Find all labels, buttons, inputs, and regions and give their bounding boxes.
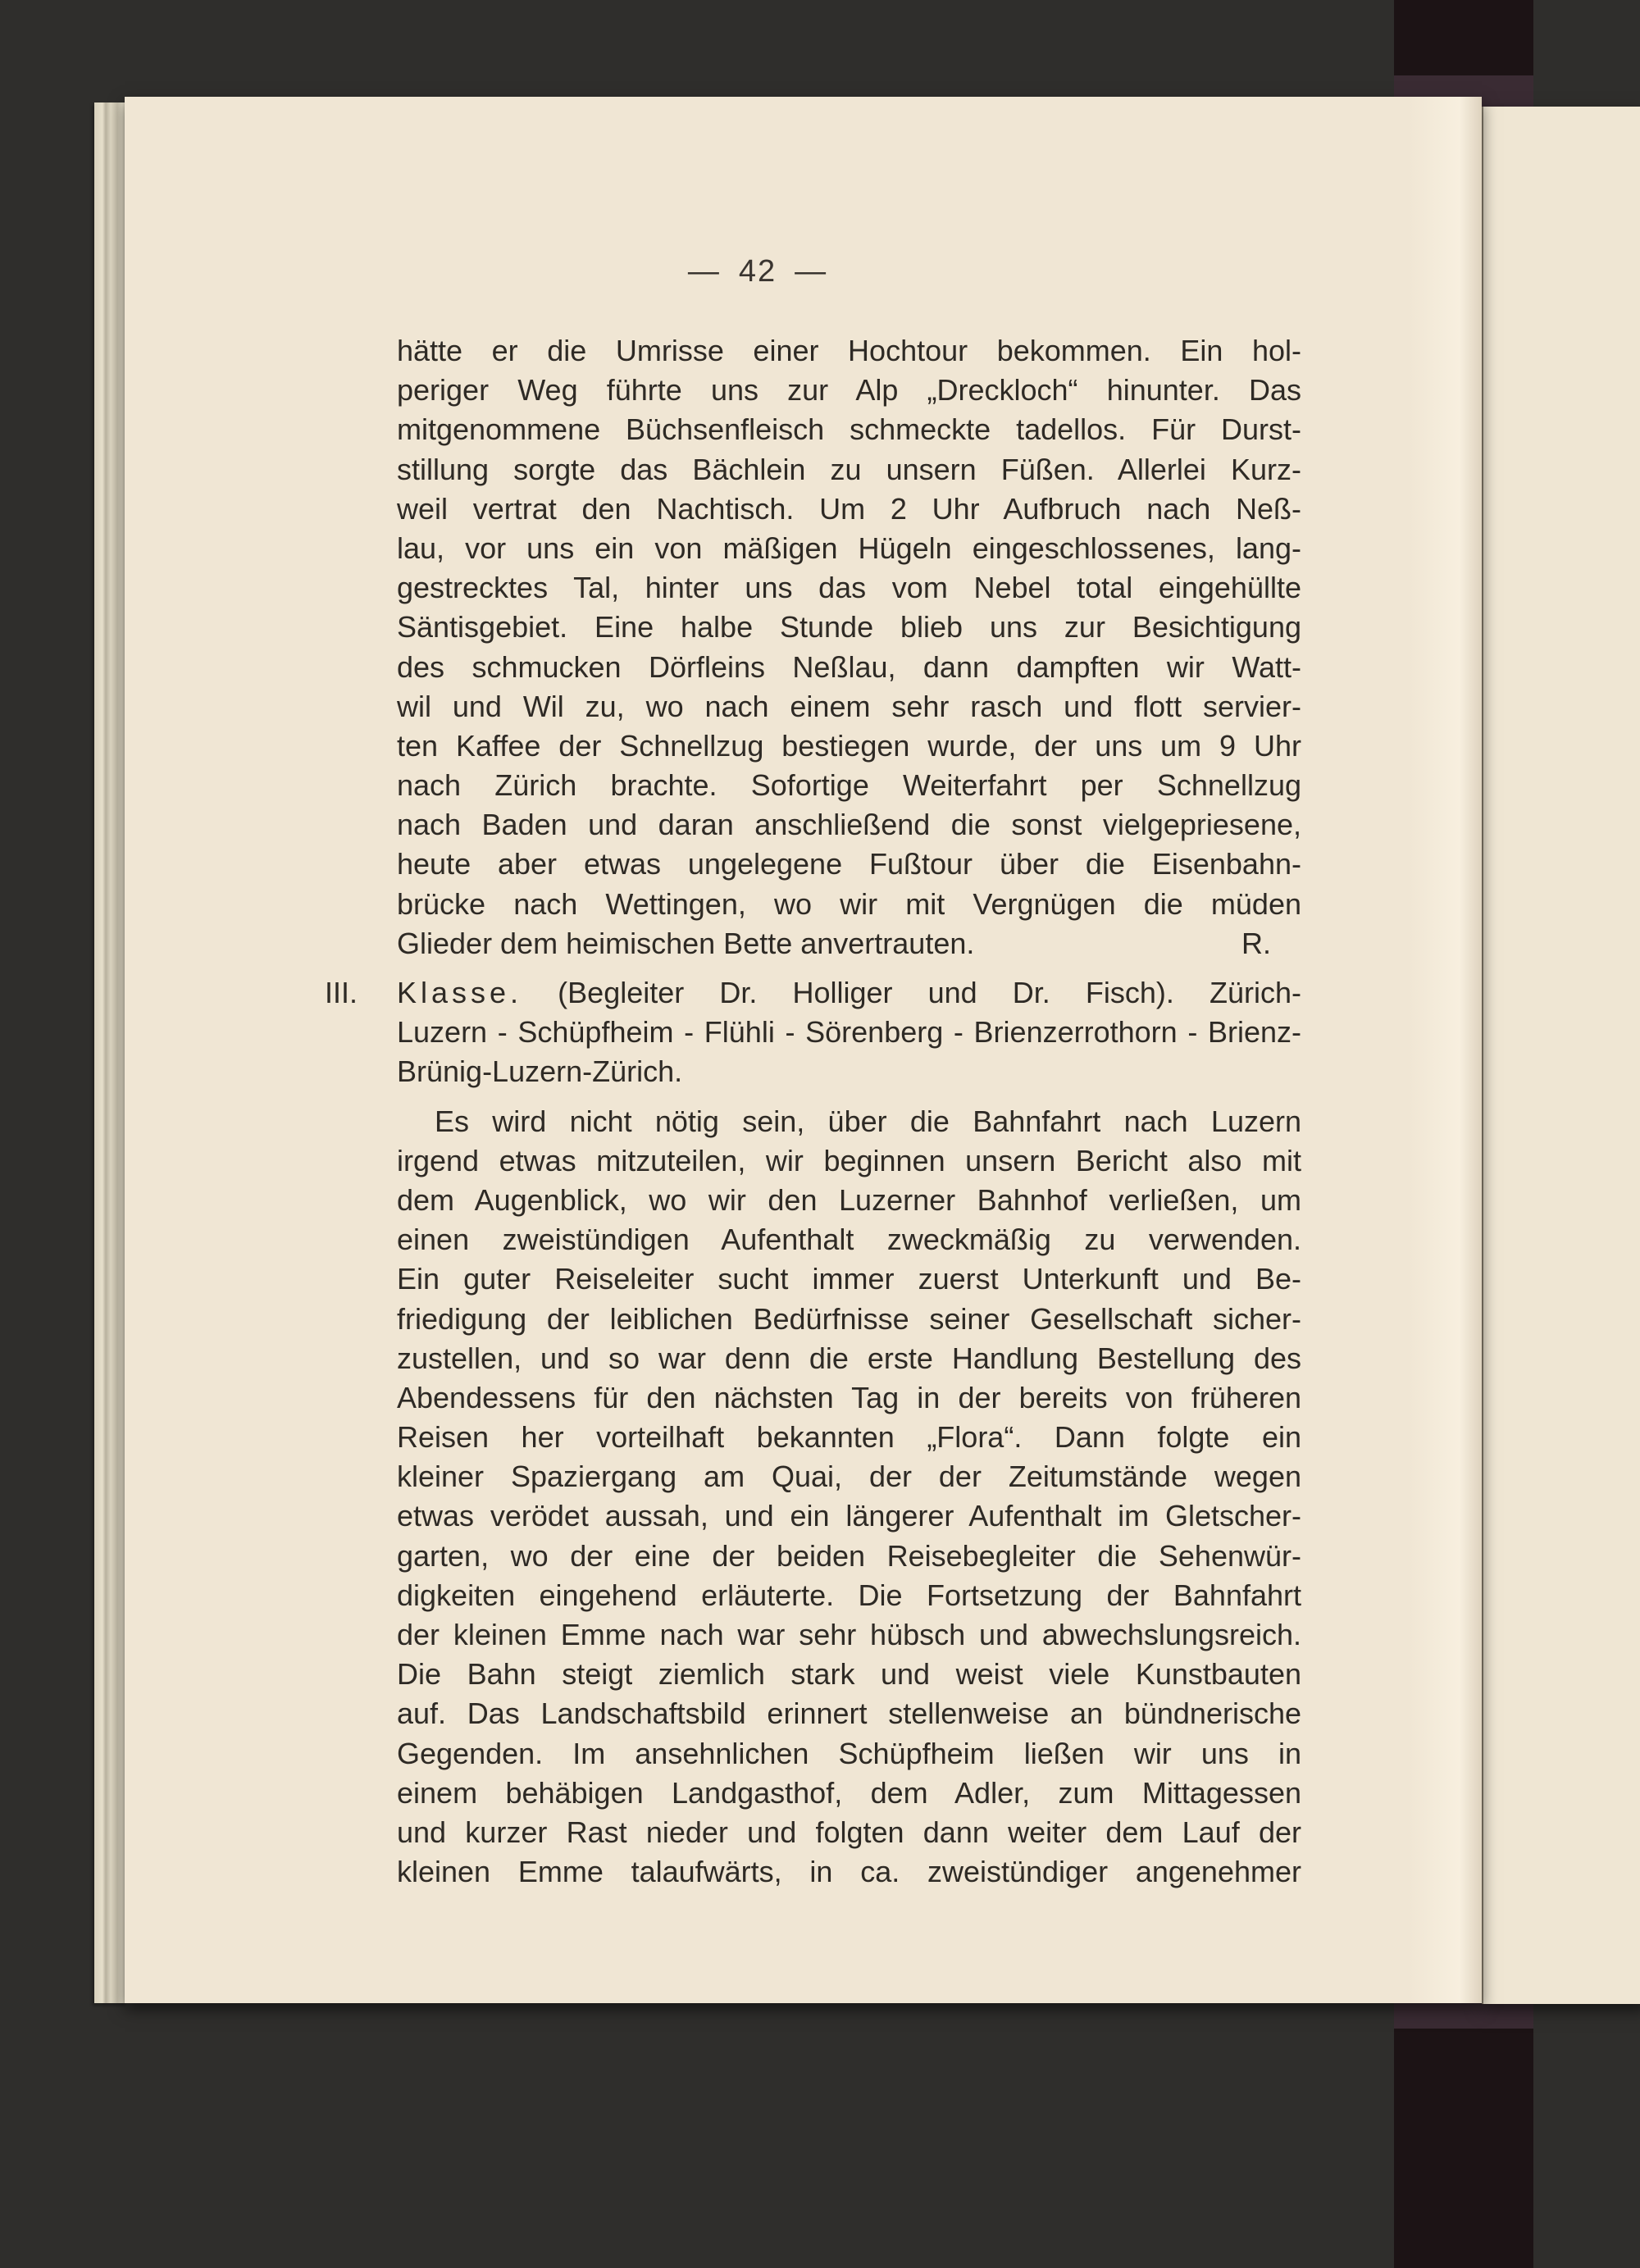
text-line: wil und Wil zu, wo nach einem sehr rasch… (397, 687, 1301, 726)
page-number: —42— (0, 254, 1515, 289)
text-line: Abendessens für den nächsten Tag in der … (397, 1378, 1301, 1418)
right-page-sliver (1482, 107, 1640, 2004)
text-line: friedigung der leiblichen Bedürfnisse se… (397, 1300, 1301, 1339)
section-class-label: Klasse. (397, 976, 522, 1009)
text-line: nach Baden und daran anschließend die so… (397, 805, 1301, 845)
text-line: des schmucken Dörfleins Neßlau, dann dam… (397, 648, 1301, 687)
text-line: der kleinen Emme nach war sehr hübsch un… (397, 1615, 1301, 1655)
gutter-shadow (1408, 97, 1482, 2003)
text-line: garten, wo der eine der beiden Reisebegl… (397, 1537, 1301, 1576)
text-line: heute aber etwas ungelegene Fußtour über… (397, 845, 1301, 884)
route-line: Luzern - Schüpfheim - Flühli - Sörenberg… (397, 1013, 1301, 1052)
book-binding-bottom (1394, 1997, 1533, 2268)
text-line: einem behäbigen Landgasthof, dem Adler, … (397, 1774, 1301, 1813)
section-heading-text: (Begleiter Dr. Holliger und Dr. Fisch). … (558, 976, 1301, 1009)
paragraph-1: hätte er die Umrisse einer Hochtour beko… (397, 331, 1301, 963)
text-line: digkeiten eingehend erläuterte. Die Fort… (397, 1576, 1301, 1615)
text-line: nach Zürich brachte. Sofortige Weiterfah… (397, 766, 1301, 805)
paragraph-gap (397, 1092, 1301, 1102)
page-number-value: 42 (739, 254, 777, 289)
text-line: Die Bahn steigt ziemlich stark und weist… (397, 1655, 1301, 1694)
text-line: Säntisgebiet. Eine halbe Stunde blieb un… (397, 608, 1301, 647)
paragraph-2: Es wird nicht nötig sein, über die Bahnf… (397, 1102, 1301, 1892)
page-number-dash-right: — (795, 254, 827, 289)
text-line: etwas verödet aussah, und ein längerer A… (397, 1496, 1301, 1536)
text-line: periger Weg führte uns zur Alp „Dreckloc… (397, 371, 1301, 410)
text-line: brücke nach Wettingen, wo wir mit Vergnü… (397, 885, 1301, 924)
author-signature: R. (1241, 924, 1271, 963)
page-number-dash-left: — (688, 254, 721, 289)
text-line: gestrecktes Tal, hinter uns das vom Nebe… (397, 568, 1301, 608)
text-line: Ein guter Reiseleiter sucht immer zuerst… (397, 1259, 1301, 1299)
text-line: zustellen, und so war denn die erste Han… (397, 1339, 1301, 1378)
text-line: mitgenommene Büchsenfleisch schmeckte ta… (397, 410, 1301, 449)
text-line: kleiner Spaziergang am Quai, der der Zei… (397, 1457, 1301, 1496)
text-line: stillung sorgte das Bächlein zu unsern F… (397, 450, 1301, 490)
text-line: einen zweistündigen Aufenthalt zweckmäßi… (397, 1220, 1301, 1259)
body-text: hätte er die Umrisse einer Hochtour beko… (397, 331, 1301, 1892)
text-line: dem Augenblick, wo wir den Luzerner Bahn… (397, 1181, 1301, 1220)
text-line: ten Kaffee der Schnellzug bestiegen wurd… (397, 726, 1301, 766)
text-line: und kurzer Rast nieder und folgten dann … (397, 1813, 1301, 1852)
text-line: Glieder dem heimischen Bette anvertraute… (397, 927, 974, 960)
text-line: irgend etwas mitzuteilen, wir beginnen u… (397, 1141, 1301, 1181)
text-line: auf. Das Landschaftsbild erinnert stelle… (397, 1694, 1301, 1733)
page-edges-stack (94, 102, 127, 2003)
text-line: kleinen Emme talaufwärts, in ca. zweistü… (397, 1852, 1301, 1892)
section-heading-line: Klasse. (Begleiter Dr. Holliger und Dr. … (397, 973, 1301, 1013)
text-line: Gegenden. Im ansehnlichen Schüpfheim lie… (397, 1734, 1301, 1774)
section-number: III. (325, 973, 358, 1013)
route-line: Brünig-Luzern-Zürich. (397, 1052, 1301, 1091)
text-line-signed: Glieder dem heimischen Bette anvertraute… (397, 924, 1301, 963)
text-line: hätte er die Umrisse einer Hochtour beko… (397, 331, 1301, 371)
book-binding-top (1394, 0, 1533, 107)
section-heading: III. Klasse. (Begleiter Dr. Holliger und… (397, 973, 1301, 1092)
text-line: Reisen her vorteilhaft bekannten „Flora“… (397, 1418, 1301, 1457)
text-line: weil vertrat den Nachtisch. Um 2 Uhr Auf… (397, 490, 1301, 529)
text-line: Es wird nicht nötig sein, über die Bahnf… (397, 1102, 1301, 1141)
text-line: lau, vor uns ein von mäßigen Hügeln eing… (397, 529, 1301, 568)
